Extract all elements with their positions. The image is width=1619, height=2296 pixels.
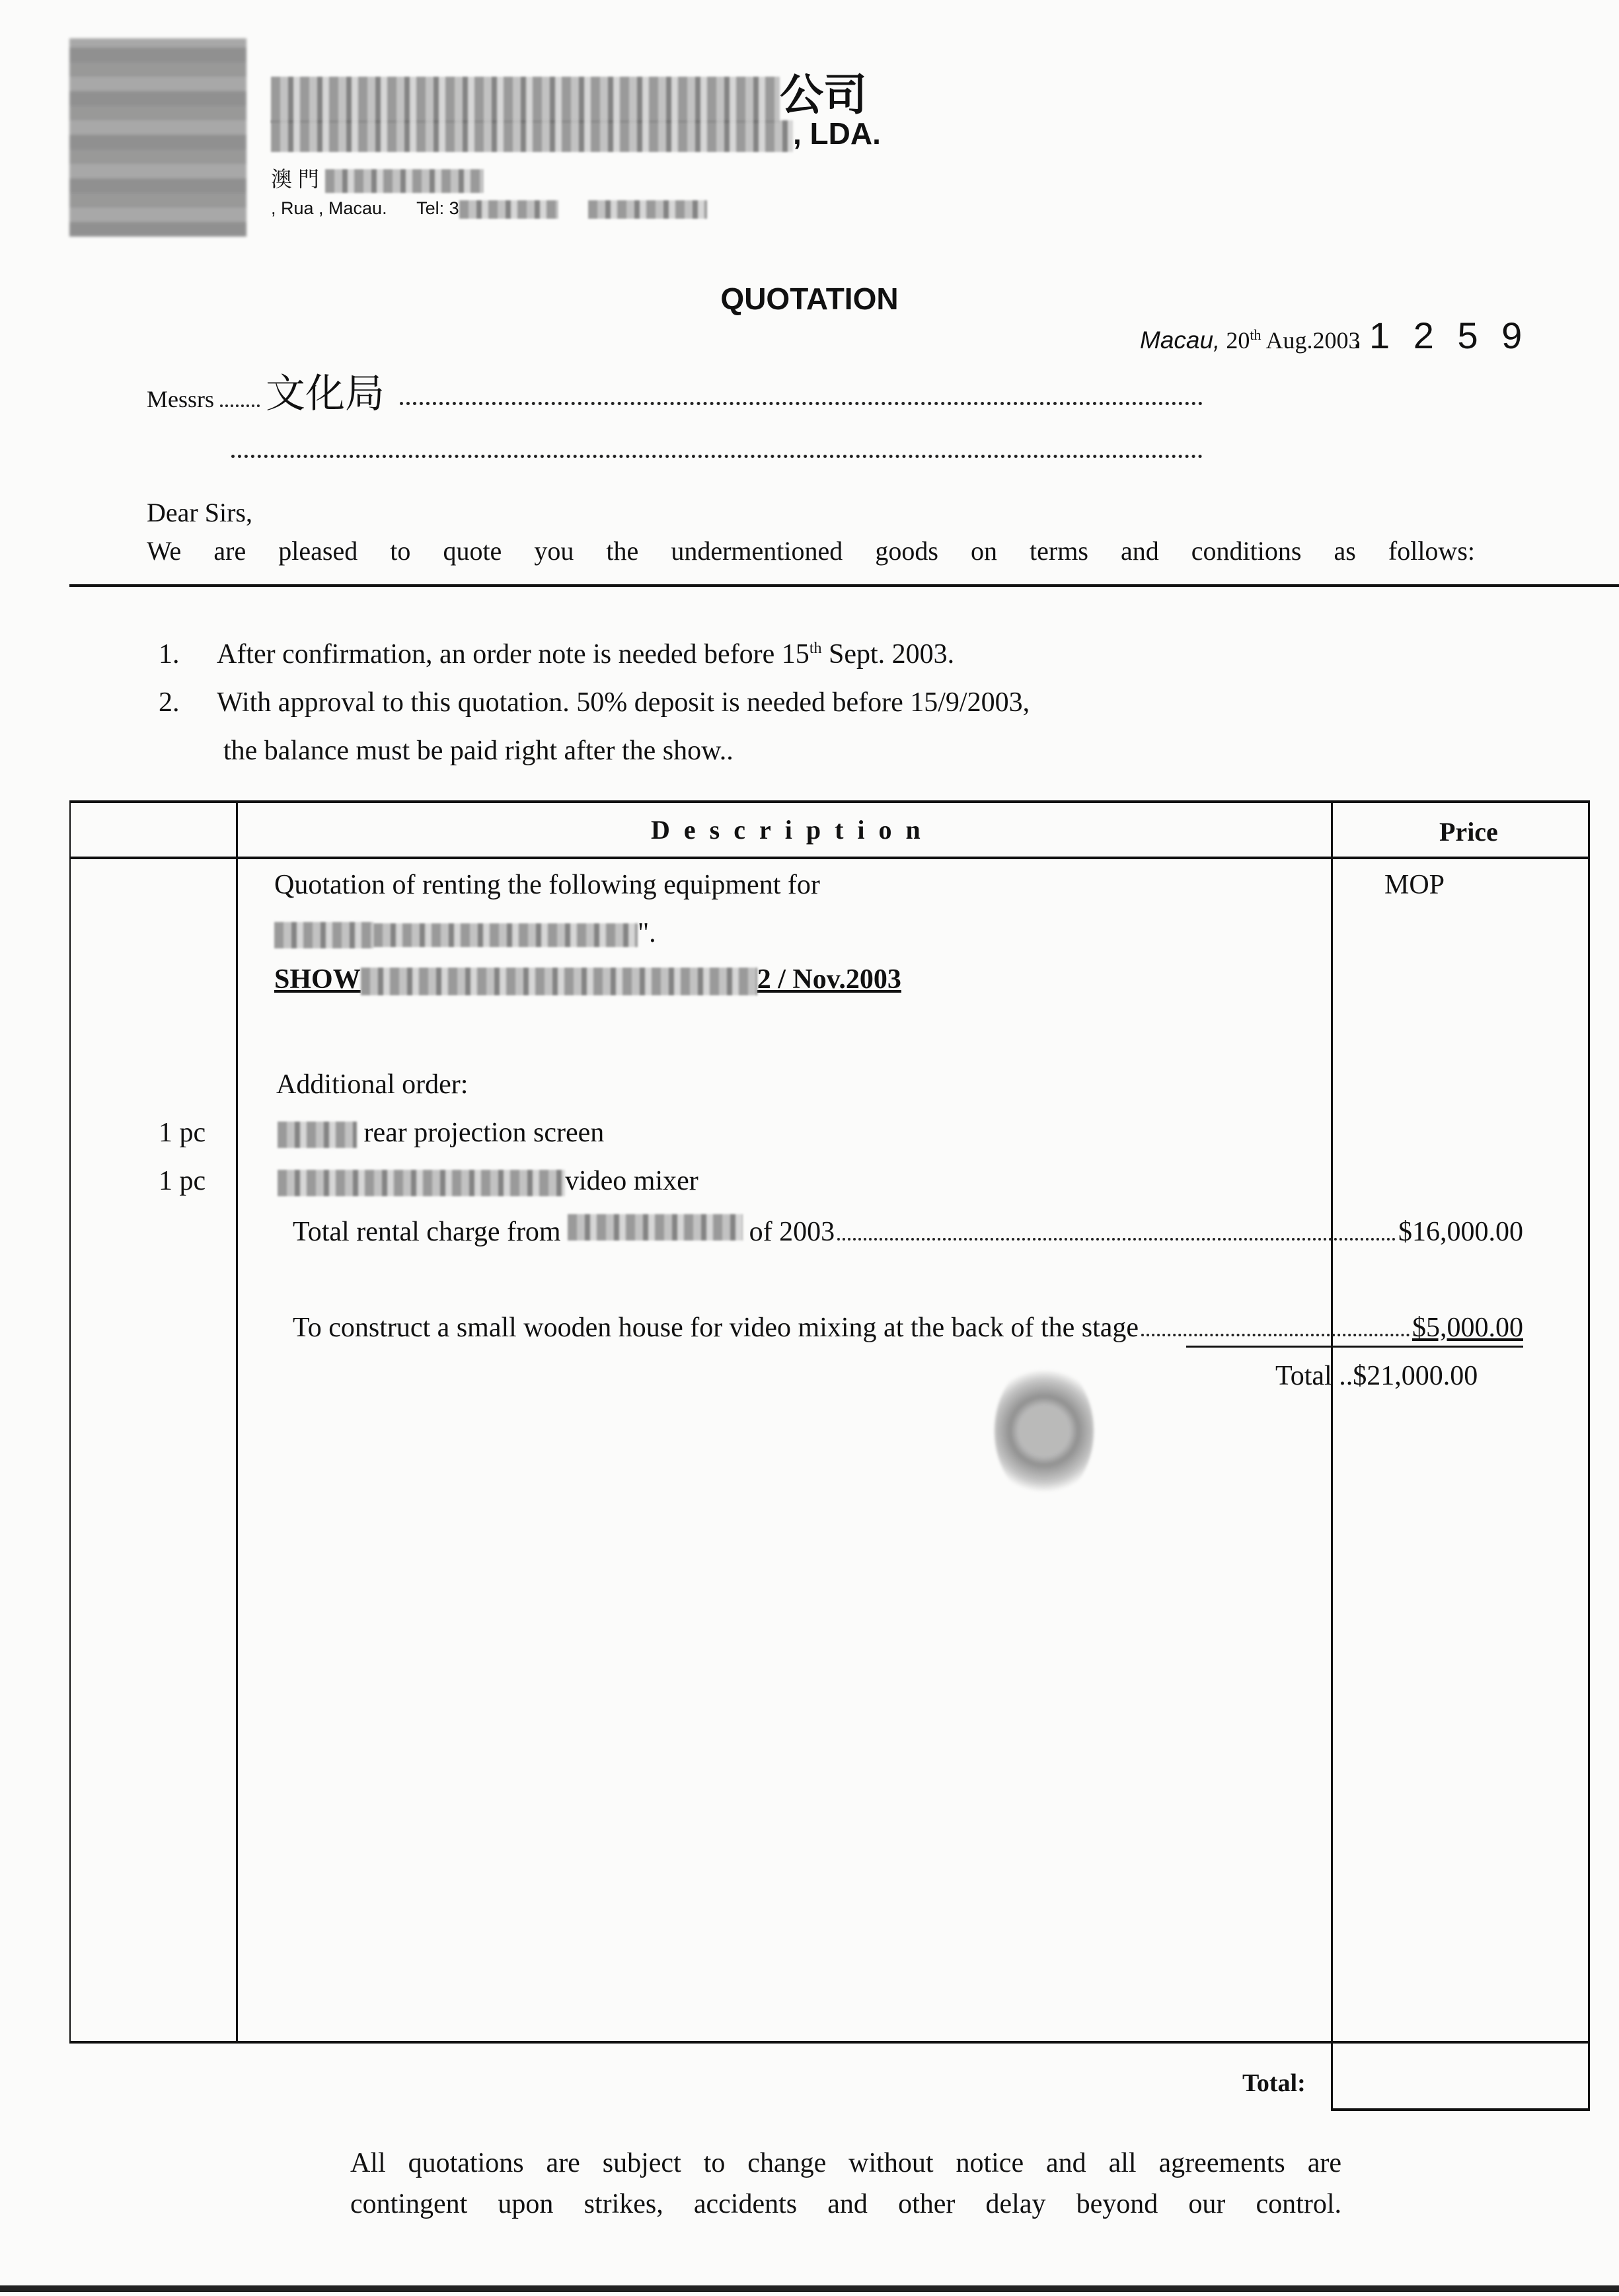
show-line: SHOW2 / Nov.2003 xyxy=(274,964,901,995)
item-qty: 1 pc xyxy=(159,1117,206,1149)
terms-list: 1.After confirmation, an order note is n… xyxy=(159,625,1030,775)
additional-order-label: Additional order: xyxy=(276,1069,468,1100)
term-item: 1.After confirmation, an order note is n… xyxy=(159,625,1030,679)
column-header-description: Description xyxy=(651,814,934,845)
charge-amount: $16,000.00 xyxy=(1398,1216,1523,1248)
festival-name: ". xyxy=(274,917,656,949)
redacted-text xyxy=(459,200,558,219)
document-title: QUOTATION xyxy=(0,281,1619,317)
charge-amount: $5,000.00 xyxy=(1412,1312,1523,1344)
recipient-dotted-line-2 xyxy=(231,455,1203,458)
subtotal: Total ..$21,000.00 xyxy=(1275,1360,1478,1392)
page-edge xyxy=(0,2285,1619,2292)
redacted-text xyxy=(325,169,484,193)
address-chinese: 澳 門 xyxy=(271,163,484,193)
company-stamp-icon xyxy=(995,1361,1094,1500)
term-item: 2.With approval to this quotation. 50% d… xyxy=(159,679,1030,727)
charge-wooden-house: To construct a small wooden house for vi… xyxy=(293,1312,1523,1344)
address-english: , Rua , Macau. Tel: 3 xyxy=(271,198,707,219)
date-line: Macau, 20th Aug.2003.1 2 5 9 xyxy=(1140,314,1528,357)
charge-rental: Total rental charge from of 2003 $16,000… xyxy=(293,1214,1523,1248)
term-continuation: the balance must be paid right after the… xyxy=(159,727,1030,775)
company-name-english: , LDA. xyxy=(271,116,881,152)
item-description: video mixer xyxy=(278,1165,698,1197)
company-name-chinese: 公司 xyxy=(271,59,867,123)
currency: MOP xyxy=(1384,869,1445,901)
recipient-line: Messrs 文化局 xyxy=(147,362,385,419)
company-logo-icon xyxy=(69,38,246,237)
column-header-price: Price xyxy=(1439,816,1498,847)
description-intro: Quotation of renting the following equip… xyxy=(274,869,820,901)
recipient-dotted-line xyxy=(400,402,1203,405)
redacted-fax xyxy=(588,200,707,219)
footer-disclaimer: All quotations are subject to change wit… xyxy=(350,2143,1341,2225)
total-label: Total: xyxy=(1242,2069,1306,2098)
greeting: Dear Sirs, xyxy=(147,497,252,528)
divider xyxy=(69,584,1619,587)
item-description: rear projection screen xyxy=(278,1117,604,1149)
item-qty: 1 pc xyxy=(159,1165,206,1197)
redacted-text xyxy=(271,120,793,152)
serial-number: .1 2 5 9 xyxy=(1352,315,1528,356)
recipient-name: 文化局 xyxy=(266,371,385,417)
intro-text: We are pleased to quote you the undermen… xyxy=(147,535,1475,566)
